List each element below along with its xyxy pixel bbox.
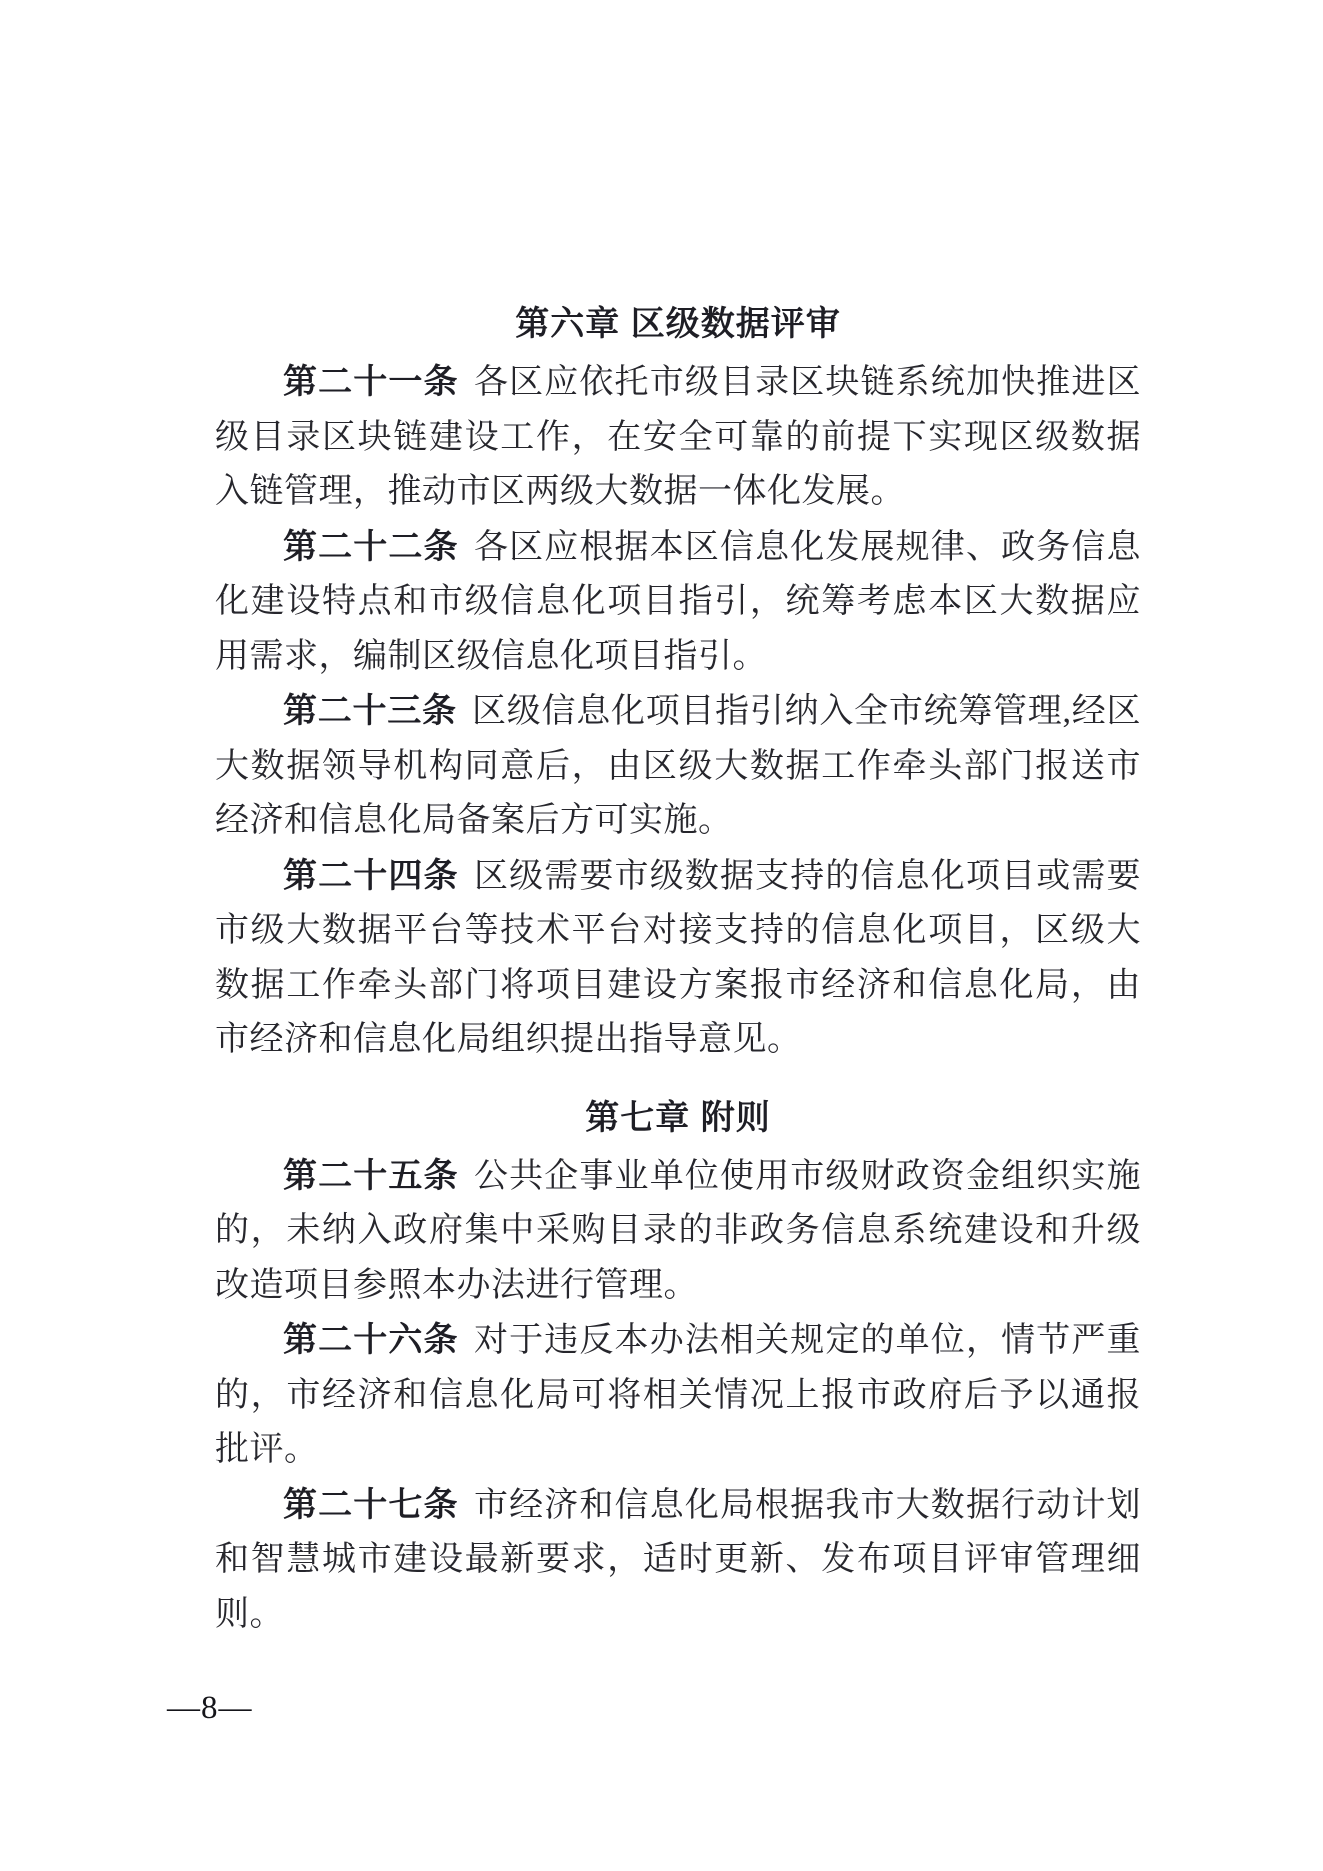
- article-23-paragraph: 第二十三条区级信息化项目指引纳入全市统筹管理,经区大数据领导机构同意后，由区级大…: [215, 684, 1141, 849]
- article-21-number: 第二十一条: [283, 363, 459, 401]
- article-26-paragraph: 第二十六条对于违反本办法相关规定的单位，情节严重的，市经济和信息化局可将相关情况…: [215, 1313, 1141, 1478]
- article-27-paragraph: 第二十七条市经济和信息化局根据我市大数据行动计划和智慧城市建设最新要求，适时更新…: [215, 1478, 1141, 1643]
- article-23-number: 第二十三条: [283, 692, 457, 730]
- article-22-number: 第二十二条: [283, 528, 459, 566]
- chapter-heading-7: 第七章 附则: [215, 1090, 1141, 1146]
- article-27-number: 第二十七条: [283, 1486, 459, 1524]
- article-22-paragraph: 第二十二条各区应根据本区信息化发展规律、政务信息化建设特点和市级信息化项目指引，…: [215, 520, 1141, 685]
- page-number: —8—: [167, 1688, 253, 1728]
- article-24-number: 第二十四条: [283, 857, 459, 895]
- document-content: 第六章 区级数据评审 第二十一条各区应依托市级目录区块链系统加快推进区级目录区块…: [215, 296, 1141, 1642]
- article-25-number: 第二十五条: [283, 1157, 459, 1195]
- document-page: 第六章 区级数据评审 第二十一条各区应依托市级目录区块链系统加快推进区级目录区块…: [0, 0, 1323, 1871]
- article-21-paragraph: 第二十一条各区应依托市级目录区块链系统加快推进区级目录区块链建设工作，在安全可靠…: [215, 355, 1141, 520]
- chapter-heading-6: 第六章 区级数据评审: [215, 296, 1141, 352]
- article-26-number: 第二十六条: [283, 1321, 459, 1359]
- article-24-paragraph: 第二十四条区级需要市级数据支持的信息化项目或需要市级大数据平台等技术平台对接支持…: [215, 849, 1141, 1068]
- article-25-paragraph: 第二十五条公共企事业单位使用市级财政资金组织实施的，未纳入政府集中采购目录的非政…: [215, 1149, 1141, 1314]
